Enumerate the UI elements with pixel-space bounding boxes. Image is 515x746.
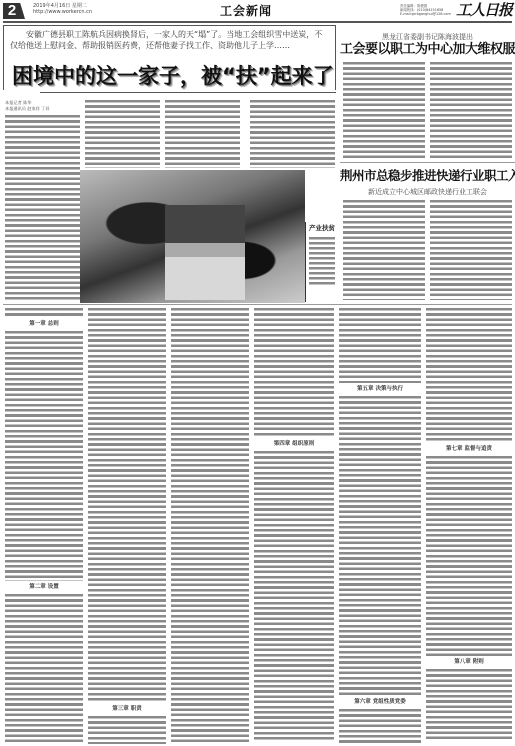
article-text bbox=[5, 308, 83, 318]
regulation-col-2: 第三章 职责 bbox=[88, 308, 166, 744]
lead-summary: 安徽广德县职工陈航兵因病换肾后，一家人的天“塌”了。当地工会组织雪中送炭，不仅给… bbox=[10, 30, 330, 51]
chapter-heading: 第五章 决策与执行 bbox=[339, 385, 421, 394]
article-text bbox=[250, 100, 335, 168]
lead-headline: 困境中的这一家子，被“扶”起来了 bbox=[12, 64, 334, 88]
article-text bbox=[5, 331, 83, 581]
article-text bbox=[430, 200, 512, 300]
byline: 本报记者 陈华 本报通讯员 赵家祥 丁祥 bbox=[5, 100, 80, 112]
regulation-col-5: 第五章 决策与执行 第六章 党组性质党委 bbox=[339, 308, 421, 744]
date-line: 2019年4月16日 星期二 http://www.workercn.cn bbox=[33, 3, 92, 15]
right-story-2-subheadline: 新近成立中心城区邮政快递行业工联会 bbox=[340, 187, 515, 197]
regulation-col-1: 第一章 总则 第二章 设置 bbox=[5, 308, 83, 744]
right-story-headline: 工会要以职工为中心加大维权服务力度 bbox=[340, 41, 515, 59]
right-story-2-col-2 bbox=[430, 200, 512, 300]
article-text bbox=[343, 200, 425, 300]
right-story-2-col-1 bbox=[343, 200, 425, 300]
newspaper-logo: 工人日报 bbox=[456, 1, 512, 19]
section-divider bbox=[3, 304, 512, 305]
chapter-heading: 第八章 附则 bbox=[426, 658, 512, 667]
right-story-divider bbox=[340, 162, 515, 163]
article-text bbox=[5, 594, 83, 744]
article-text bbox=[165, 100, 240, 168]
page-number: 2 bbox=[3, 3, 25, 19]
article-text bbox=[430, 62, 512, 158]
editor-info: 责任编辑：陈俊德 新闻热线：(010)84151658 E-mail:grrbg… bbox=[400, 4, 451, 17]
chapter-heading: 第二章 设置 bbox=[5, 583, 83, 592]
right-story-col-2 bbox=[430, 62, 512, 158]
article-text bbox=[85, 100, 160, 168]
regulation-col-3 bbox=[171, 308, 249, 744]
article-text bbox=[171, 308, 249, 744]
chapter-heading: 第一章 总则 bbox=[5, 320, 83, 329]
regulation-col-6: 第七章 监督与追责 第八章 附则 bbox=[426, 308, 512, 744]
site-url[interactable]: http://www.workercn.cn bbox=[33, 9, 92, 15]
article-text bbox=[426, 456, 512, 656]
sidebar-text bbox=[309, 237, 335, 287]
lead-rule bbox=[40, 92, 336, 93]
lead-column-2 bbox=[85, 100, 160, 168]
section-name: 工会新闻 bbox=[220, 4, 272, 18]
chapter-heading: 第六章 党组性质党委 bbox=[339, 698, 421, 707]
chapter-heading: 第四章 组织原则 bbox=[254, 440, 334, 449]
lead-column-3 bbox=[165, 100, 240, 168]
article-text bbox=[5, 115, 80, 300]
article-text bbox=[88, 716, 166, 744]
article-text bbox=[339, 709, 421, 744]
right-story-2-headline: 荆州市总稳步推进快递行业职工入会 bbox=[340, 168, 515, 184]
article-text bbox=[426, 669, 512, 739]
editor-email: E-mail:grrbgonghui@126.com bbox=[400, 12, 451, 16]
article-text bbox=[426, 308, 512, 443]
lead-column-1: 本报记者 陈华 本报通讯员 赵家祥 丁祥 bbox=[5, 100, 80, 300]
photo-detail bbox=[165, 205, 245, 300]
article-text bbox=[339, 396, 421, 696]
lead-story-header: 安徽广德县职工陈航兵因病换肾后，一家人的天“塌”了。当地工会组织雪中送炭，不仅给… bbox=[3, 25, 336, 90]
byline-correspondent: 本报通讯员 赵家祥 丁祥 bbox=[5, 106, 80, 112]
sidebar-box: 产业扶贫 bbox=[305, 222, 338, 302]
lead-column-4 bbox=[250, 100, 335, 168]
sidebar-title: 产业扶贫 bbox=[309, 224, 335, 233]
masthead-rule bbox=[3, 21, 512, 23]
right-story-col-1 bbox=[343, 62, 425, 158]
chapter-heading: 第三章 职责 bbox=[88, 705, 166, 714]
chapter-heading: 第七章 监督与追责 bbox=[426, 445, 512, 454]
article-text bbox=[339, 308, 421, 383]
article-text bbox=[254, 451, 334, 741]
masthead: 2 2019年4月16日 星期二 http://www.workercn.cn … bbox=[0, 0, 515, 22]
article-text bbox=[254, 308, 334, 438]
article-text bbox=[343, 62, 425, 158]
article-text bbox=[88, 308, 166, 703]
regulation-col-4: 第四章 组织原则 bbox=[254, 308, 334, 744]
